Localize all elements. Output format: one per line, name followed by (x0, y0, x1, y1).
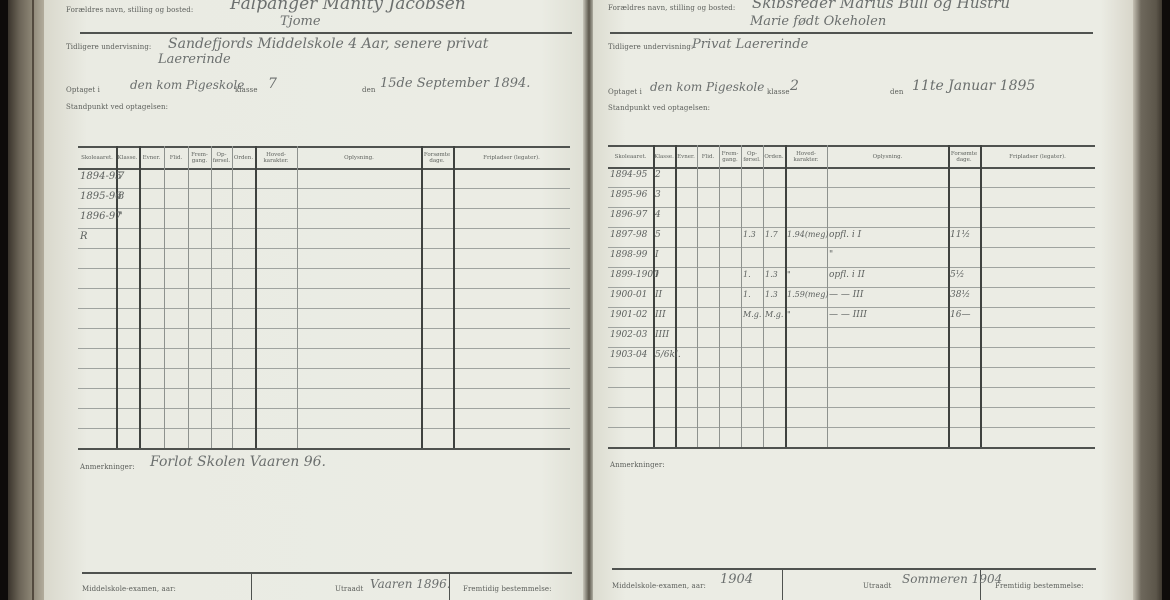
table-cell-orden: 1.7 (765, 230, 778, 239)
table-cell-hoved: " (787, 310, 791, 319)
table-cell-klasse: 4 (655, 210, 661, 220)
table-row-rule (78, 408, 570, 409)
table-cell-klasse: 5 (655, 230, 661, 240)
table-column-rule (675, 145, 677, 447)
date-label: den (362, 86, 375, 94)
table-column-rule (741, 145, 742, 447)
table-row-rule (608, 307, 1095, 308)
table-cell-opforsel: 1. (743, 270, 751, 279)
previous-education-label: Tidligere undervisning: (608, 43, 693, 51)
column-header: Fripladser (legater). (453, 148, 570, 168)
table-row-rule (78, 248, 570, 249)
table-row-rule (78, 188, 570, 189)
table-cell-year: 1894-95 (610, 170, 647, 180)
admitted-label: Optaget i (608, 88, 642, 96)
table-cell-klasse: IIII (655, 330, 669, 340)
table-cell-year: 1896-97 (80, 211, 122, 222)
table-cell-hoved: " (787, 270, 791, 279)
table-row-rule (78, 348, 570, 349)
table-row-rule (78, 308, 570, 309)
table-cell-klasse: I (655, 270, 659, 280)
table-cell-klasse: III (655, 310, 666, 320)
table-row-rule (78, 368, 570, 369)
column-header: Evner. (139, 148, 164, 168)
book-cover-left (8, 0, 46, 600)
table-cell-year: 1894-95 (80, 171, 122, 182)
grades-table-left: Skoleaaret.Klasse.Evner.Flid.Frem-gang.O… (78, 146, 570, 452)
table-cell-klasse: 8 (118, 191, 124, 202)
table-cell-year: 1895-96 (80, 191, 122, 202)
column-header: Oplysning. (297, 148, 421, 168)
table-cell-year: 1902-03 (610, 330, 647, 340)
table-cell-klasse: 5/6kl. (655, 350, 681, 360)
table-column-rule (255, 146, 257, 448)
column-header: Flid. (697, 147, 719, 167)
table-cell-opforsel: M.g. (743, 310, 761, 319)
table-cell-year: 1896-97 (610, 210, 647, 220)
column-header: Klasse. (653, 147, 675, 167)
table-bottom-rule (608, 447, 1095, 449)
table-header-rule (78, 168, 570, 170)
table-row-rule (608, 347, 1095, 348)
remarks-value: Forlot Skolen Vaaren 96. (150, 454, 326, 470)
table-cell-dage: 16— (950, 310, 970, 320)
table-row-rule (78, 328, 570, 329)
table-cell-oplysning: — — IIII (829, 310, 867, 320)
table-column-rule (980, 145, 982, 447)
cover-spine-line (32, 0, 34, 600)
table-row-rule (608, 327, 1095, 328)
column-header: Klasse. (116, 148, 139, 168)
standing-label: Standpunkt ved optagelsen: (66, 103, 168, 111)
table-column-rule (719, 145, 720, 447)
column-header: Hoved-karakter. (255, 148, 297, 168)
table-cell-oplysning: opfl. i II (829, 270, 865, 280)
table-row-rule (608, 207, 1095, 208)
table-row-rule (78, 288, 570, 289)
table-cell-year: 1899-1900 (610, 270, 659, 280)
leaving-label: Utraadt (335, 585, 363, 593)
table-bottom-rule (78, 448, 570, 450)
admitted-class-value: 2 (790, 78, 799, 94)
column-header: Fripladser (legater). (980, 147, 1095, 167)
table-cell-year: 1895-96 (610, 190, 647, 200)
header-rule (80, 32, 572, 34)
table-row-rule (608, 187, 1095, 188)
table-cell-oplysning: opfl. i I (829, 230, 861, 240)
table-column-rule (211, 146, 212, 448)
table-cell-year: 1903-04 (610, 350, 647, 360)
table-column-rule (421, 146, 423, 448)
table-row-rule (608, 267, 1095, 268)
table-row-rule (78, 428, 570, 429)
table-row-rule (78, 228, 570, 229)
footer-divider (251, 572, 252, 600)
table-cell-klasse: " (118, 211, 123, 222)
column-header: Oplysning. (827, 147, 948, 167)
table-cell-year: 1897-98 (610, 230, 647, 240)
remarks-label: Anmerkninger: (610, 461, 665, 469)
table-row-rule (608, 287, 1095, 288)
column-header: Frem-gang. (719, 147, 741, 167)
exam-label: Middelskole-examen, aar: (82, 585, 176, 593)
table-cell-hoved: 1.94(meg) (787, 230, 829, 239)
previous-education-label: Tidligere undervisning: (66, 43, 151, 51)
table-row-rule (608, 227, 1095, 228)
future-label: Fremtidig bestemmelse: (995, 582, 1084, 590)
table-cell-opforsel: 1. (743, 290, 751, 299)
class-label: klasse (235, 86, 258, 94)
table-row-rule (608, 247, 1095, 248)
table-cell-oplysning: " (829, 250, 833, 260)
table-column-rule (232, 146, 233, 448)
table-column-rule (164, 146, 165, 448)
parents-value-line2: Marie født Okeholen (750, 14, 886, 29)
grades-table-right: Skoleaaret.Klasse.Evner.Flid.Frem-gang.O… (608, 145, 1095, 447)
table-cell-dage: 38½ (950, 290, 970, 300)
table-cell-klasse: 2 (655, 170, 661, 180)
admitted-label: Optaget i (66, 86, 100, 94)
header-rule (610, 32, 1093, 34)
table-column-rule (453, 146, 455, 448)
previous-education-value: Privat Laererinde (692, 37, 808, 52)
table-cell-oplysning: — — III (829, 290, 863, 300)
column-header: Evner. (675, 147, 697, 167)
book-cover-right (1132, 0, 1162, 600)
table-column-rule (188, 146, 189, 448)
admitted-school-value: den kom Pigeskole (650, 80, 764, 94)
column-header: Forsømte dage. (948, 147, 980, 167)
parents-value: Falpanger Manity Jacobsen (230, 0, 466, 14)
footer-rule (82, 572, 572, 574)
class-label: klasse (767, 88, 790, 96)
table-column-rule (139, 146, 141, 448)
table-cell-dage: 5½ (950, 270, 964, 280)
admitted-date-value: 11te Januar 1895 (912, 78, 1035, 94)
parents-label: Forældres navn, stilling og bosted: (608, 4, 735, 12)
future-label: Fremtidig bestemmelse: (463, 585, 552, 593)
table-column-rule (297, 146, 298, 448)
table-cell-opforsel: 1.3 (743, 230, 756, 239)
table-row-rule (608, 387, 1095, 388)
table-row-rule (608, 367, 1095, 368)
column-header: Flid. (164, 148, 188, 168)
admitted-school-value: den kom Pigeskole (130, 78, 244, 92)
parents-value-line2: Tjome (280, 14, 321, 29)
admitted-date-value: 15de September 1894. (380, 76, 530, 91)
previous-education-value-line2: Laererinde (158, 52, 231, 67)
table-cell-dage: 11½ (950, 230, 970, 240)
table-column-rule (697, 145, 698, 447)
table-row-rule (608, 407, 1095, 408)
previous-education-value: Sandefjords Middelskole 4 Aar, senere pr… (168, 36, 488, 52)
table-cell-orden: M.g. (765, 310, 783, 319)
column-header: Skoleaaret. (608, 147, 653, 167)
footer-divider (782, 568, 783, 600)
table-cell-orden: 1.3 (765, 290, 778, 299)
table-cell-year: 1901-02 (610, 310, 647, 320)
table-header-rule (608, 167, 1095, 169)
table-column-rule (763, 145, 764, 447)
table-cell-orden: 1.3 (765, 270, 778, 279)
table-cell-year: 1898-99 (610, 250, 647, 260)
parents-value: Skibsreder Marius Bull og Hustru (752, 0, 1010, 12)
table-cell-klasse: 7 (118, 171, 124, 182)
footer-rule (612, 568, 1096, 570)
parents-label: Forældres navn, stilling og bosted: (66, 6, 193, 14)
table-row-rule (78, 268, 570, 269)
leaving-label: Utraadt (863, 582, 891, 590)
column-header: Orden. (232, 148, 255, 168)
column-header: Op-førsel. (211, 148, 232, 168)
table-row-rule (78, 208, 570, 209)
column-header: Orden. (763, 147, 785, 167)
column-header: Frem-gang. (188, 148, 211, 168)
column-header: Skoleaaret. (78, 148, 116, 168)
exam-label: Middelskole-examen, aar: (612, 582, 706, 590)
remarks-label: Anmerkninger: (80, 463, 135, 471)
table-row-rule (78, 388, 570, 389)
table-cell-klasse: I (655, 250, 659, 260)
table-row-rule (608, 427, 1095, 428)
column-header: Forsømte dage. (421, 148, 453, 168)
admitted-class-value: 7 (268, 76, 277, 92)
column-header: Op-førsel. (741, 147, 763, 167)
standing-label: Standpunkt ved optagelsen: (608, 104, 710, 112)
leaving-value: Vaaren 1896. (370, 577, 451, 591)
column-header: Hoved-karakter. (785, 147, 827, 167)
table-cell-klasse: 3 (655, 190, 661, 200)
table-cell-klasse: II (655, 290, 662, 300)
table-cell-year: R (80, 231, 88, 242)
date-label: den (890, 88, 903, 96)
leaving-value: Sommeren 1904 (902, 572, 1002, 586)
exam-year-value: 1904 (720, 572, 753, 587)
table-cell-hoved: 1.59(meg) (787, 290, 829, 299)
table-cell-year: 1900-01 (610, 290, 647, 300)
